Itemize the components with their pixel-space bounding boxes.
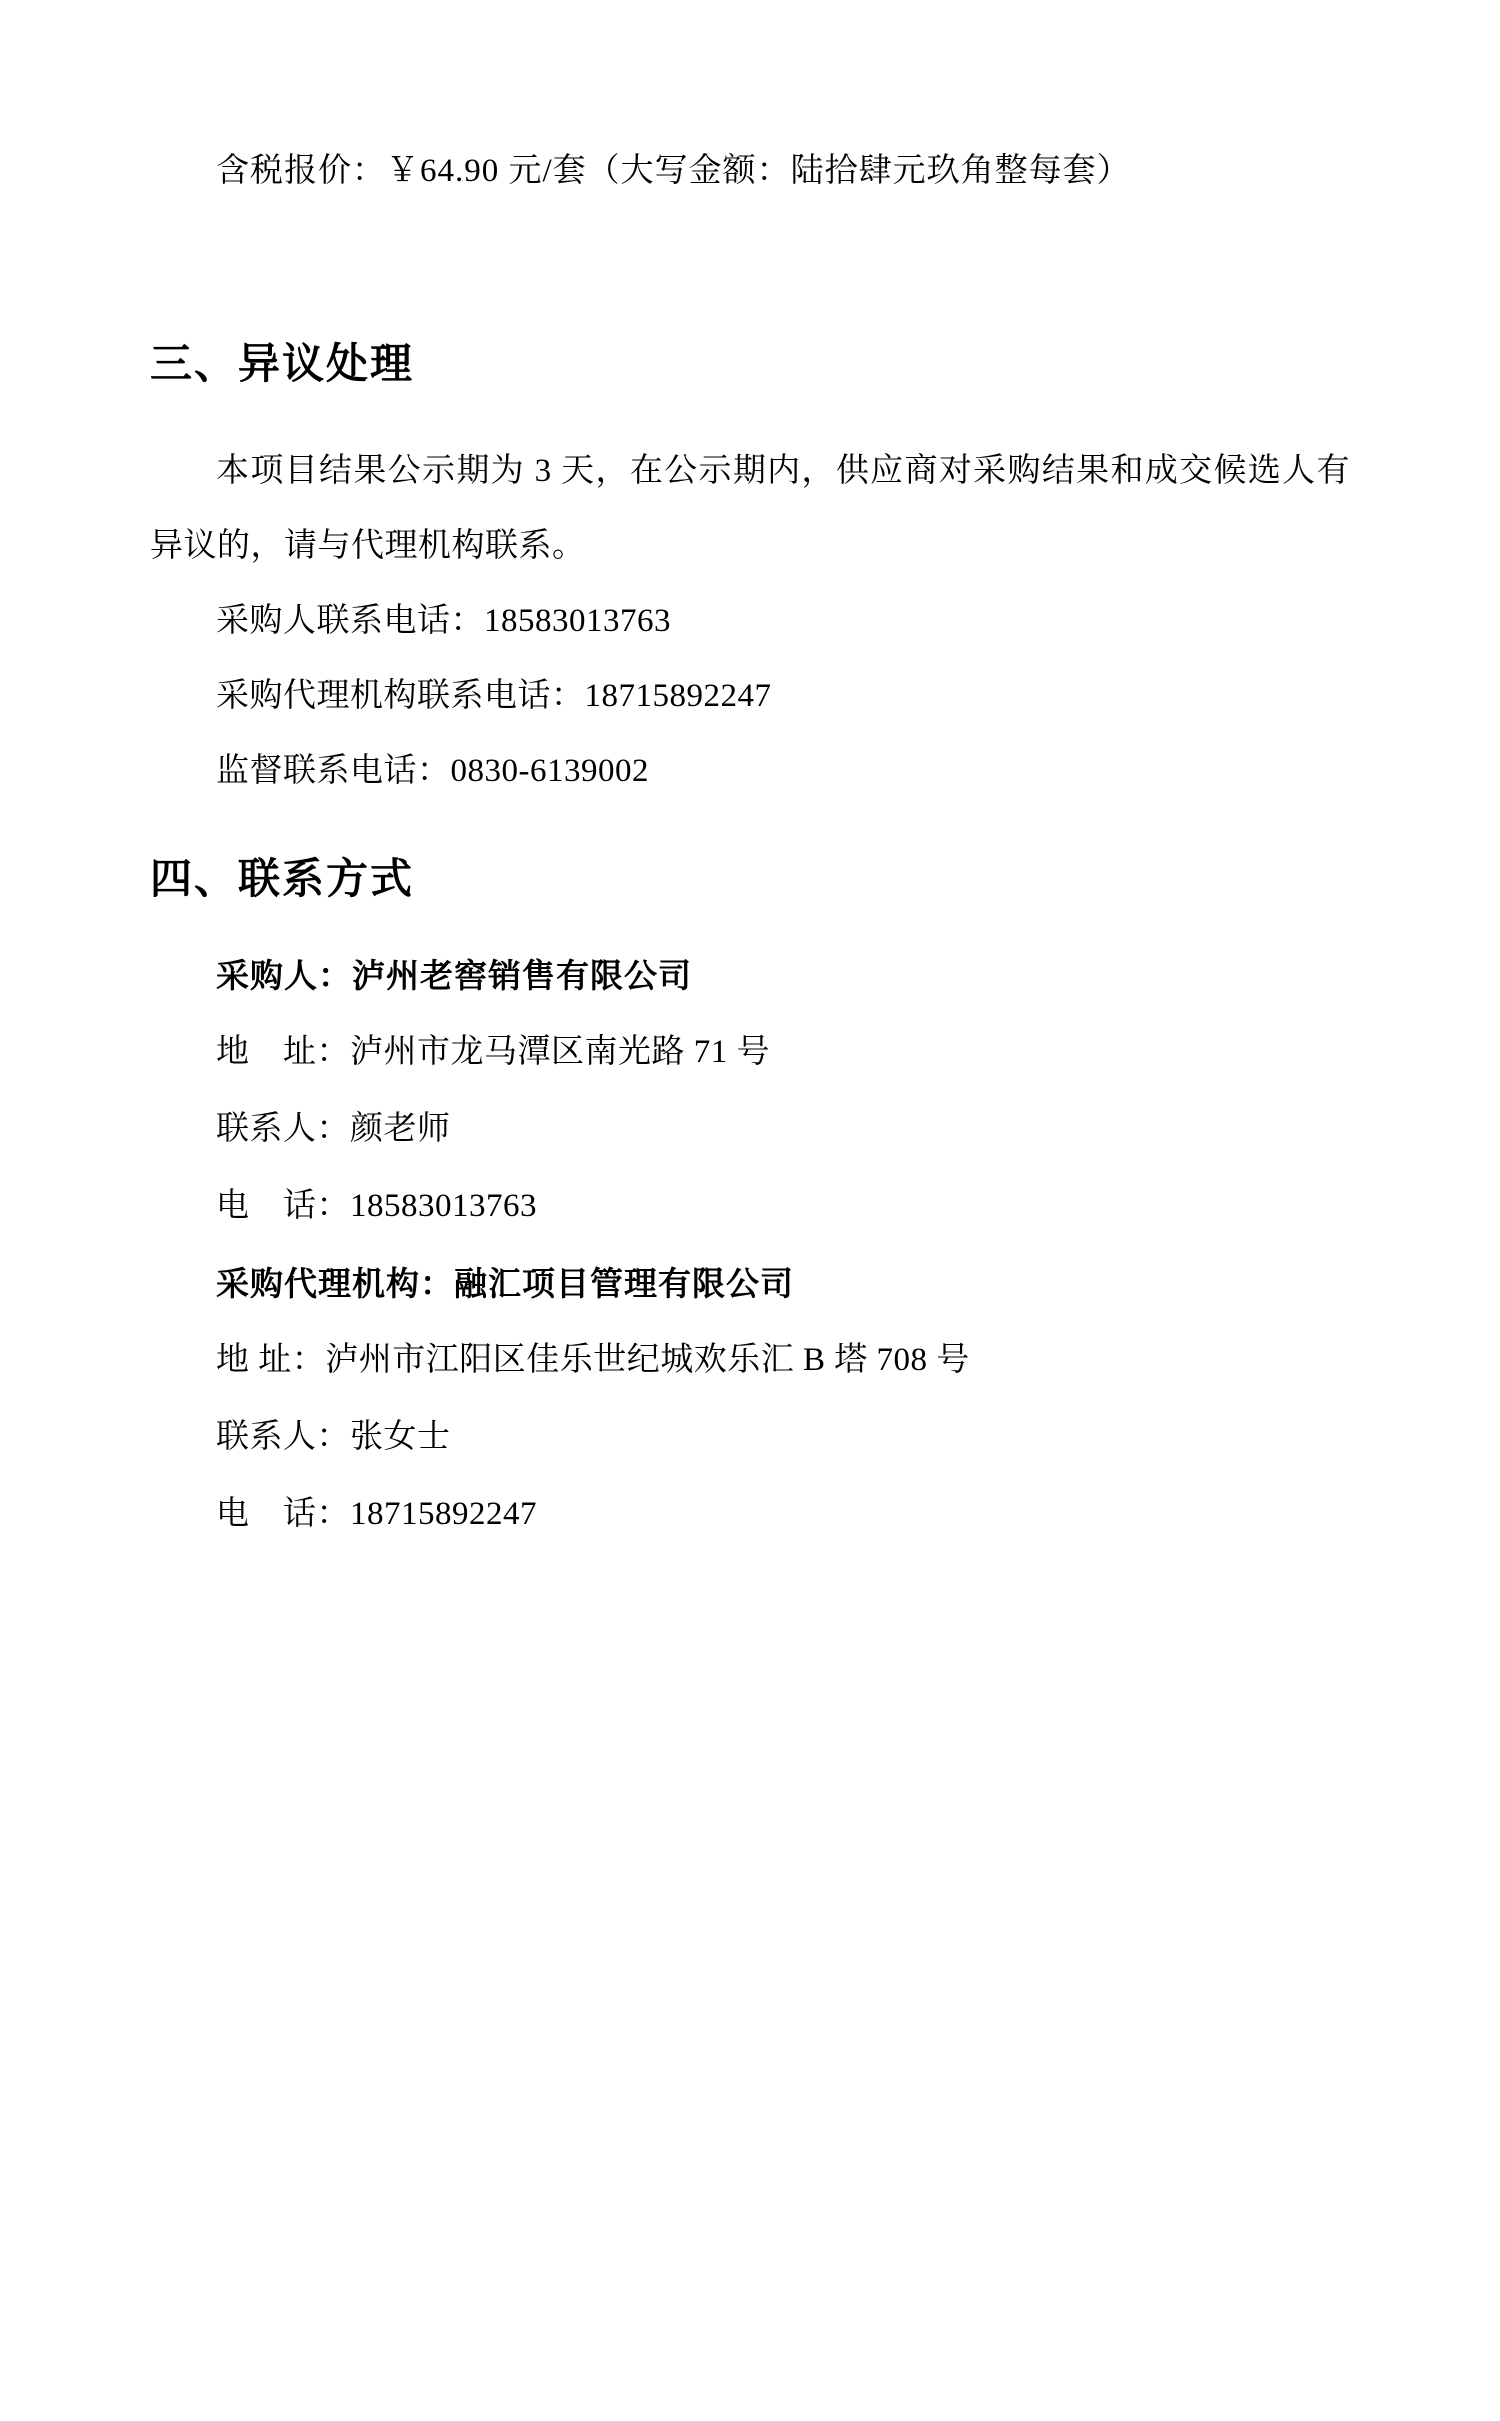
purchaser-phone-line: 采购人联系电话：18583013763 [150,584,1350,659]
purchaser-address-line: 地 址：泸州市龙马潭区南光路 71 号 [150,1014,1350,1091]
agency-address-line: 地 址：泸州市江阳区佳乐世纪城欢乐汇 B 塔 708 号 [150,1322,1350,1399]
supervision-phone-line: 监督联系电话：0830-6139002 [150,734,1350,809]
objection-paragraph: 本项目结果公示期为 3 天，在公示期内，供应商对采购结果和成交候选人有 异议的，… [150,434,1350,584]
objection-paragraph-line-2: 异议的，请与代理机构联系。 [150,509,1350,584]
purchaser-name-line: 采购人：泸州老窖销售有限公司 [150,937,1350,1014]
price-line: 含税报价：￥64.90 元/套（大写金额：陆拾肆元玖角整每套） [150,148,1350,194]
objection-paragraph-line-1: 本项目结果公示期为 3 天，在公示期内，供应商对采购结果和成交候选人有 [150,434,1350,509]
section-4-heading: 四、联系方式 [150,849,1350,909]
agency-contact-person-line: 联系人：张女士 [150,1399,1350,1476]
agency-telephone-line: 电 话：18715892247 [150,1476,1350,1553]
agency-name-line: 采购代理机构：融汇项目管理有限公司 [150,1245,1350,1322]
section-3-heading: 三、异议处理 [150,334,1350,394]
document-page: 含税报价：￥64.90 元/套（大写金额：陆拾肆元玖角整每套） 三、异议处理 本… [0,0,1500,2421]
purchaser-telephone-line: 电 话：18583013763 [150,1168,1350,1245]
section-4-contact-list: 采购人：泸州老窖销售有限公司 地 址：泸州市龙马潭区南光路 71 号 联系人：颜… [150,937,1350,1553]
section-3-contact-list: 采购人联系电话：18583013763 采购代理机构联系电话：187158922… [150,584,1350,809]
agency-phone-line: 采购代理机构联系电话：18715892247 [150,659,1350,734]
purchaser-contact-person-line: 联系人：颜老师 [150,1091,1350,1168]
